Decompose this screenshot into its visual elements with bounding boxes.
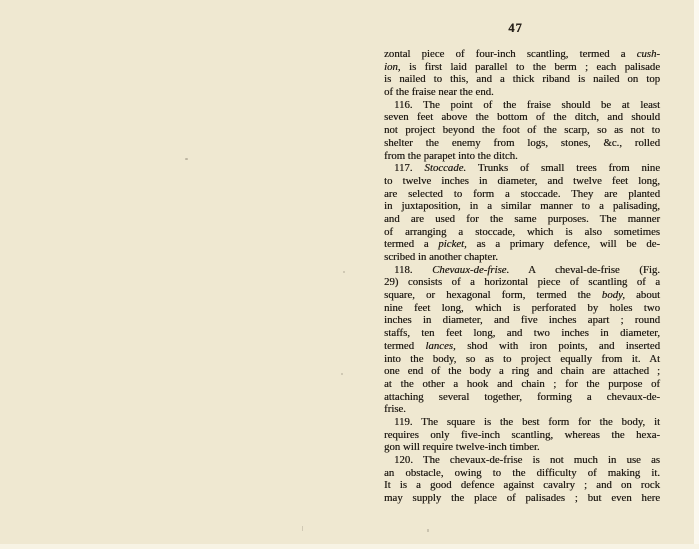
text-line: and are used for the same purposes. The … <box>384 213 660 226</box>
text-line: one end of the body a ring and chain are… <box>384 365 660 378</box>
text-line: an obstacle, owing to the difficulty of … <box>384 467 660 480</box>
scan-speck <box>185 158 188 160</box>
text-line: shelter the enemy from logs, stones, &c.… <box>384 137 660 150</box>
text-line: ion, is first laid parallel to the berm … <box>384 61 660 74</box>
text-line: seven feet above the bottom of the ditch… <box>384 111 660 124</box>
text-line: at the other a hook and chain ; for the … <box>384 378 660 391</box>
text-line: It is a good defence against cavalry ; a… <box>384 479 660 492</box>
text-line: from the parapet into the ditch. <box>384 150 660 163</box>
text-line: of the fraise near the end. <box>384 86 660 99</box>
text-line: zontal piece of four-inch scantling, ter… <box>384 48 660 61</box>
text-line: scribed in another chapter. <box>384 251 660 264</box>
scan-speck <box>343 271 345 273</box>
text-line: 29) consists of a horizontal piece of sc… <box>384 276 660 289</box>
text-line: not project beyond the foot of the scarp… <box>384 124 660 137</box>
page-number: 47 <box>384 21 647 36</box>
body-text-column: zontal piece of four-inch scantling, ter… <box>384 48 660 505</box>
text-line: staffs, ten feet long, and two inches in… <box>384 327 660 340</box>
text-line: termed a picket, as a primary defence, w… <box>384 238 660 251</box>
text-line: is nailed to this, and a thick riband is… <box>384 73 660 86</box>
text-line: 119. The square is the best form for the… <box>384 416 660 429</box>
text-line: of arranging a stoccade, which is also s… <box>384 226 660 239</box>
text-line: inches in diameter, and five inches apar… <box>384 314 660 327</box>
scan-speck <box>427 529 429 532</box>
page-edge-bottom <box>0 544 699 549</box>
text-line: frise. <box>384 403 660 416</box>
text-line: requires only five-inch scantling, where… <box>384 429 660 442</box>
text-line: attaching several together, forming a ch… <box>384 391 660 404</box>
text-line: into the body, so as to project equally … <box>384 353 660 366</box>
text-line: square, or hexagonal form, termed the bo… <box>384 289 660 302</box>
text-line: may supply the place of palisades ; but … <box>384 492 660 505</box>
scan-speck <box>302 526 303 531</box>
text-line: 120. The chevaux-de-frise is not much in… <box>384 454 660 467</box>
text-line: termed lances, shod with iron points, an… <box>384 340 660 353</box>
text-line: gon will require twelve-inch timber. <box>384 441 660 454</box>
text-line: in juxtaposition, in a similar manner to… <box>384 200 660 213</box>
scan-speck <box>341 373 343 375</box>
text-line: are selected to form a stoccade. They ar… <box>384 188 660 201</box>
text-line: nine feet long, which is perforated by h… <box>384 302 660 315</box>
text-line: to twelve inches in diameter, and twelve… <box>384 175 660 188</box>
text-line: 117. Stoccade. Trunks of small trees fro… <box>384 162 660 175</box>
text-line: 116. The point of the fraise should be a… <box>384 99 660 112</box>
text-line: 118. Chevaux-de-frise. A cheval-de-frise… <box>384 264 660 277</box>
page-edge-right <box>694 0 699 549</box>
